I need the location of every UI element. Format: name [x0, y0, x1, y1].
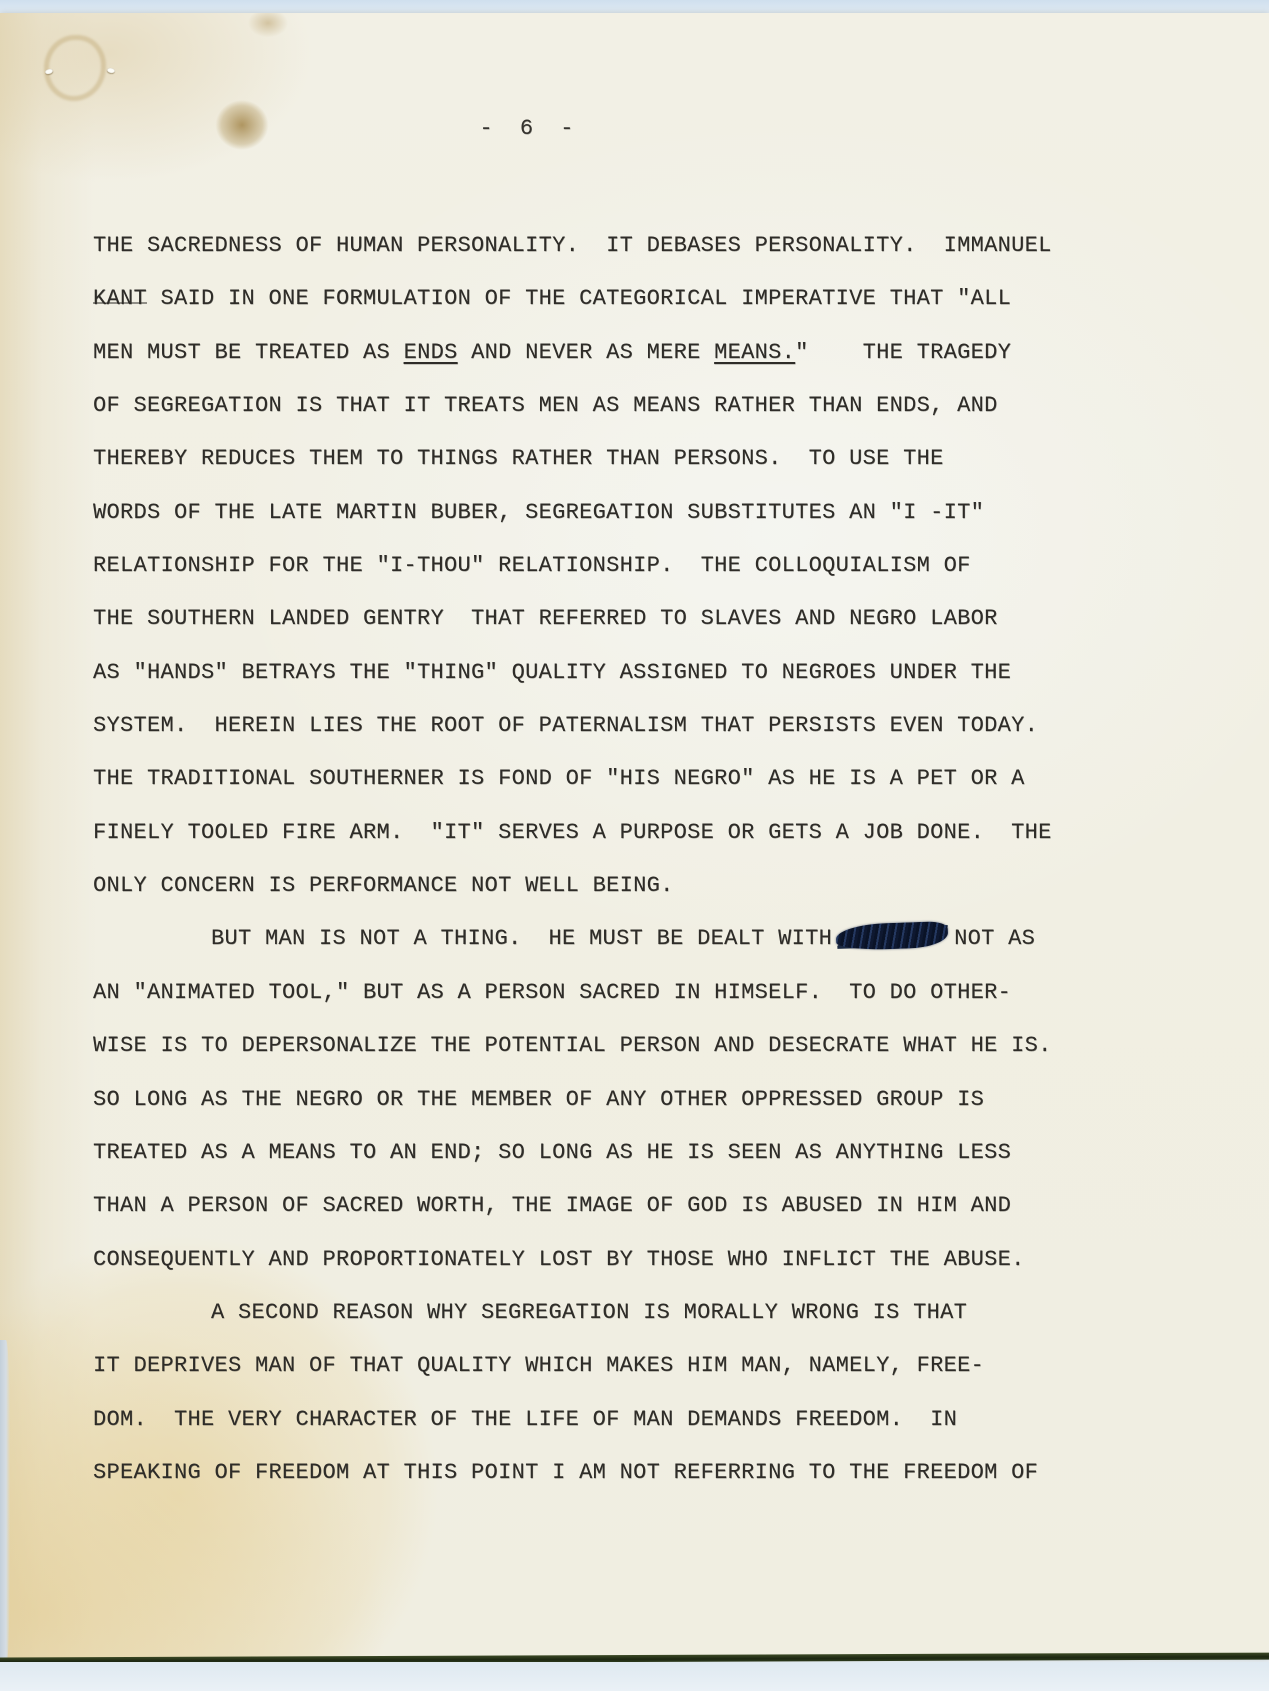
- typed-line: KANT SAID IN ONE FORMULATION OF THE CATE…: [93, 272, 1123, 325]
- typed-text-segment: SPEAKING OF FREEDOM AT THIS POINT I AM N…: [93, 1460, 1038, 1485]
- ink-scribble: [836, 922, 949, 952]
- typed-text-segment: RELATIONSHIP FOR THE "I-THOU" RELATIONSH…: [93, 553, 971, 578]
- typed-text-segment: NOT AS: [954, 926, 1035, 951]
- typed-line: AN "ANIMATED TOOL," BUT AS A PERSON SACR…: [93, 966, 1123, 1019]
- paper-sheet: - 6 - THE SACREDNESS OF HUMAN PERSONALIT…: [0, 13, 1269, 1659]
- typed-text-segment: THE SOUTHERN LANDED GENTRY THAT REFERRED…: [93, 606, 998, 631]
- scanned-document: - 6 - THE SACREDNESS OF HUMAN PERSONALIT…: [0, 0, 1269, 1691]
- typed-text-segment: TREATED AS A MEANS TO AN END; SO LONG AS…: [93, 1140, 1011, 1165]
- typed-line: THAN A PERSON OF SACRED WORTH, THE IMAGE…: [93, 1179, 1123, 1232]
- typed-line: THE TRADITIONAL SOUTHERNER IS FOND OF "H…: [93, 752, 1123, 805]
- typed-text-segment: THE TRADITIONAL SOUTHERNER IS FOND OF "H…: [93, 766, 1025, 791]
- typed-text-segment: AND NEVER AS MERE: [458, 340, 715, 365]
- typed-text-segment: A SECOND REASON WHY SEGREGATION IS MORAL…: [211, 1300, 967, 1325]
- typed-text-segment: " THE TRAGEDY: [795, 340, 1011, 365]
- typed-line: OF SEGREGATION IS THAT IT TREATS MEN AS …: [93, 379, 1123, 432]
- typed-text-segment: AS "HANDS" BETRAYS THE "THING" QUALITY A…: [93, 660, 1011, 685]
- typed-line: A SECOND REASON WHY SEGREGATION IS MORAL…: [93, 1286, 1123, 1339]
- scanner-background: [0, 1662, 1269, 1691]
- typed-line: FINELY TOOLED FIRE ARM. "IT" SERVES A PU…: [93, 806, 1123, 859]
- typed-text-segment: AN "ANIMATED TOOL," BUT AS A PERSON SACR…: [93, 980, 1011, 1005]
- typed-line: ONLY CONCERN IS PERFORMANCE NOT WELL BEI…: [93, 859, 1123, 912]
- typed-text-segment: SAID IN ONE FORMULATION OF THE CATEGORIC…: [147, 286, 1011, 311]
- typed-text-segment: IT DEPRIVES MAN OF THAT QUALITY WHICH MA…: [93, 1353, 984, 1378]
- typed-line: AS "HANDS" BETRAYS THE "THING" QUALITY A…: [93, 646, 1123, 699]
- typed-text-segment: BUT MAN IS NOT A THING. HE MUST BE DEALT…: [211, 926, 832, 951]
- typed-text-segment: THAN A PERSON OF SACRED WORTH, THE IMAGE…: [93, 1193, 1011, 1218]
- typed-line: SO LONG AS THE NEGRO OR THE MEMBER OF AN…: [93, 1073, 1123, 1126]
- typed-line: THE SOUTHERN LANDED GENTRY THAT REFERRED…: [93, 592, 1123, 645]
- typed-text-segment: ONLY CONCERN IS PERFORMANCE NOT WELL BEI…: [93, 873, 674, 898]
- typed-text-segment: FINELY TOOLED FIRE ARM. "IT" SERVES A PU…: [93, 820, 1052, 845]
- cup-ring-stain: [44, 35, 106, 101]
- typed-text-segment: SYSTEM. HEREIN LIES THE ROOT OF PATERNAL…: [93, 713, 1038, 738]
- typed-line: WORDS OF THE LATE MARTIN BUBER, SEGREGAT…: [93, 486, 1123, 539]
- typed-line: THE SACREDNESS OF HUMAN PERSONALITY. IT …: [93, 219, 1123, 272]
- typed-text-segment: MEANS.: [714, 340, 795, 365]
- typed-text-segment: THE SACREDNESS OF HUMAN PERSONALITY. IT …: [93, 233, 1052, 258]
- typed-line: TREATED AS A MEANS TO AN END; SO LONG AS…: [93, 1126, 1123, 1179]
- typed-text-segment: CONSEQUENTLY AND PROPORTIONATELY LOST BY…: [93, 1247, 1025, 1272]
- page-number: - 6 -: [455, 116, 605, 141]
- typed-line: DOM. THE VERY CHARACTER OF THE LIFE OF M…: [93, 1393, 1123, 1446]
- typed-text-segment: DOM. THE VERY CHARACTER OF THE LIFE OF M…: [93, 1407, 957, 1432]
- typed-text-body: THE SACREDNESS OF HUMAN PERSONALITY. IT …: [93, 219, 1123, 1499]
- typed-line: RELATIONSHIP FOR THE "I-THOU" RELATIONSH…: [93, 539, 1123, 592]
- staple-hole: [107, 67, 116, 73]
- typed-line: CONSEQUENTLY AND PROPORTIONATELY LOST BY…: [93, 1233, 1123, 1286]
- typed-text-segment: WORDS OF THE LATE MARTIN BUBER, SEGREGAT…: [93, 500, 984, 525]
- typed-line: SPEAKING OF FREEDOM AT THIS POINT I AM N…: [93, 1446, 1123, 1499]
- typed-text-segment: MEN MUST BE TREATED AS: [93, 340, 404, 365]
- typed-text-segment: WISE IS TO DEPERSONALIZE THE POTENTIAL P…: [93, 1033, 1052, 1058]
- typed-line: MEN MUST BE TREATED AS ENDS AND NEVER AS…: [93, 326, 1123, 379]
- typed-line: BUT MAN IS NOT A THING. HE MUST BE DEALT…: [93, 912, 1123, 965]
- typed-line: WISE IS TO DEPERSONALIZE THE POTENTIAL P…: [93, 1019, 1123, 1072]
- typed-text-segment: ENDS: [404, 340, 458, 365]
- typed-text-segment: SO LONG AS THE NEGRO OR THE MEMBER OF AN…: [93, 1087, 984, 1112]
- typed-text-segment: OF SEGREGATION IS THAT IT TREATS MEN AS …: [93, 393, 998, 418]
- typed-line: THEREBY REDUCES THEM TO THINGS RATHER TH…: [93, 432, 1123, 485]
- typed-text-segment: KANT: [93, 286, 147, 311]
- typed-text-segment: THEREBY REDUCES THEM TO THINGS RATHER TH…: [93, 446, 944, 471]
- typed-line: SYSTEM. HEREIN LIES THE ROOT OF PATERNAL…: [93, 699, 1123, 752]
- torn-page-edge: [0, 1340, 10, 1660]
- typed-line: IT DEPRIVES MAN OF THAT QUALITY WHICH MA…: [93, 1339, 1123, 1392]
